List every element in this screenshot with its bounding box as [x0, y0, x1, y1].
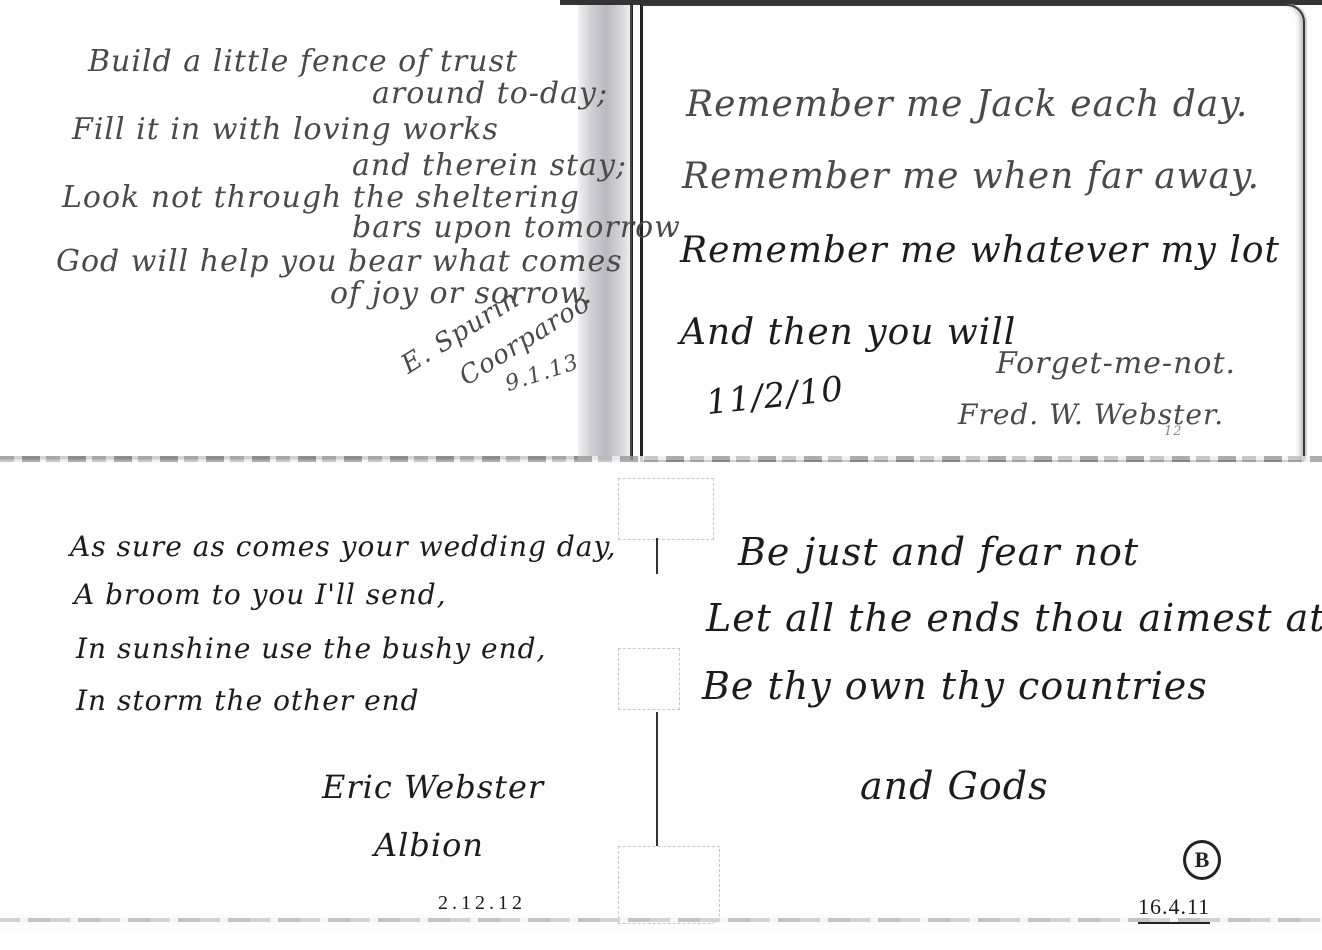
verse-line: Be thy own thy countries [702, 664, 1208, 708]
verse-line: Remember me Jack each day. [686, 84, 1248, 125]
verse-line: Remember me whatever my lot [680, 230, 1280, 271]
page-tab-ghost [618, 846, 720, 924]
verse-line: In sunshine use the bushy end, [76, 632, 546, 665]
verse-line: Let all the ends thou aimest at [706, 596, 1322, 640]
verse-line: Forget-me-not. [996, 346, 1236, 381]
page-tab-ghost [618, 478, 714, 540]
verse-line: A broom to you I'll send, [74, 578, 447, 611]
signature-note: 12 [1164, 424, 1183, 439]
scan-bottom-margin [0, 932, 1322, 950]
page-fold-line [0, 456, 1322, 462]
verse-line: and therein stay; [352, 148, 627, 183]
verse-line: Remember me when far away. [682, 156, 1260, 197]
bottom-page-edge [0, 918, 1322, 922]
signature-place: Albion [374, 826, 484, 864]
verse-line: As sure as comes your wedding day, [70, 530, 616, 563]
verse-line: In storm the other end [76, 684, 420, 717]
signature-date: 16.4.11 [1138, 894, 1210, 924]
signature-name: Fred. W. Webster. [958, 398, 1224, 431]
verse-line: Fill it in with loving works [72, 112, 499, 147]
verse-line: Be just and fear not [738, 530, 1139, 574]
binding-stitch-mark [656, 538, 658, 574]
binding-stitch-mark [656, 712, 658, 846]
page-tab-ghost [618, 648, 680, 710]
monogram-signature: B [1183, 840, 1221, 880]
verse-line: and Gods [860, 764, 1049, 808]
verse-line: bars upon tomorrow [352, 210, 681, 245]
verse-line: around to-day; [372, 76, 608, 111]
verse-line: Build a little fence of trust [88, 44, 518, 79]
scanned-album-spread: Build a little fence of trust around to-… [0, 0, 1322, 950]
signature-date: 2.12.12 [438, 892, 526, 915]
signature-name: Eric Webster [322, 768, 544, 806]
verse-line: And then you will [680, 312, 1016, 353]
verse-line: God will help you bear what comes [56, 244, 623, 279]
